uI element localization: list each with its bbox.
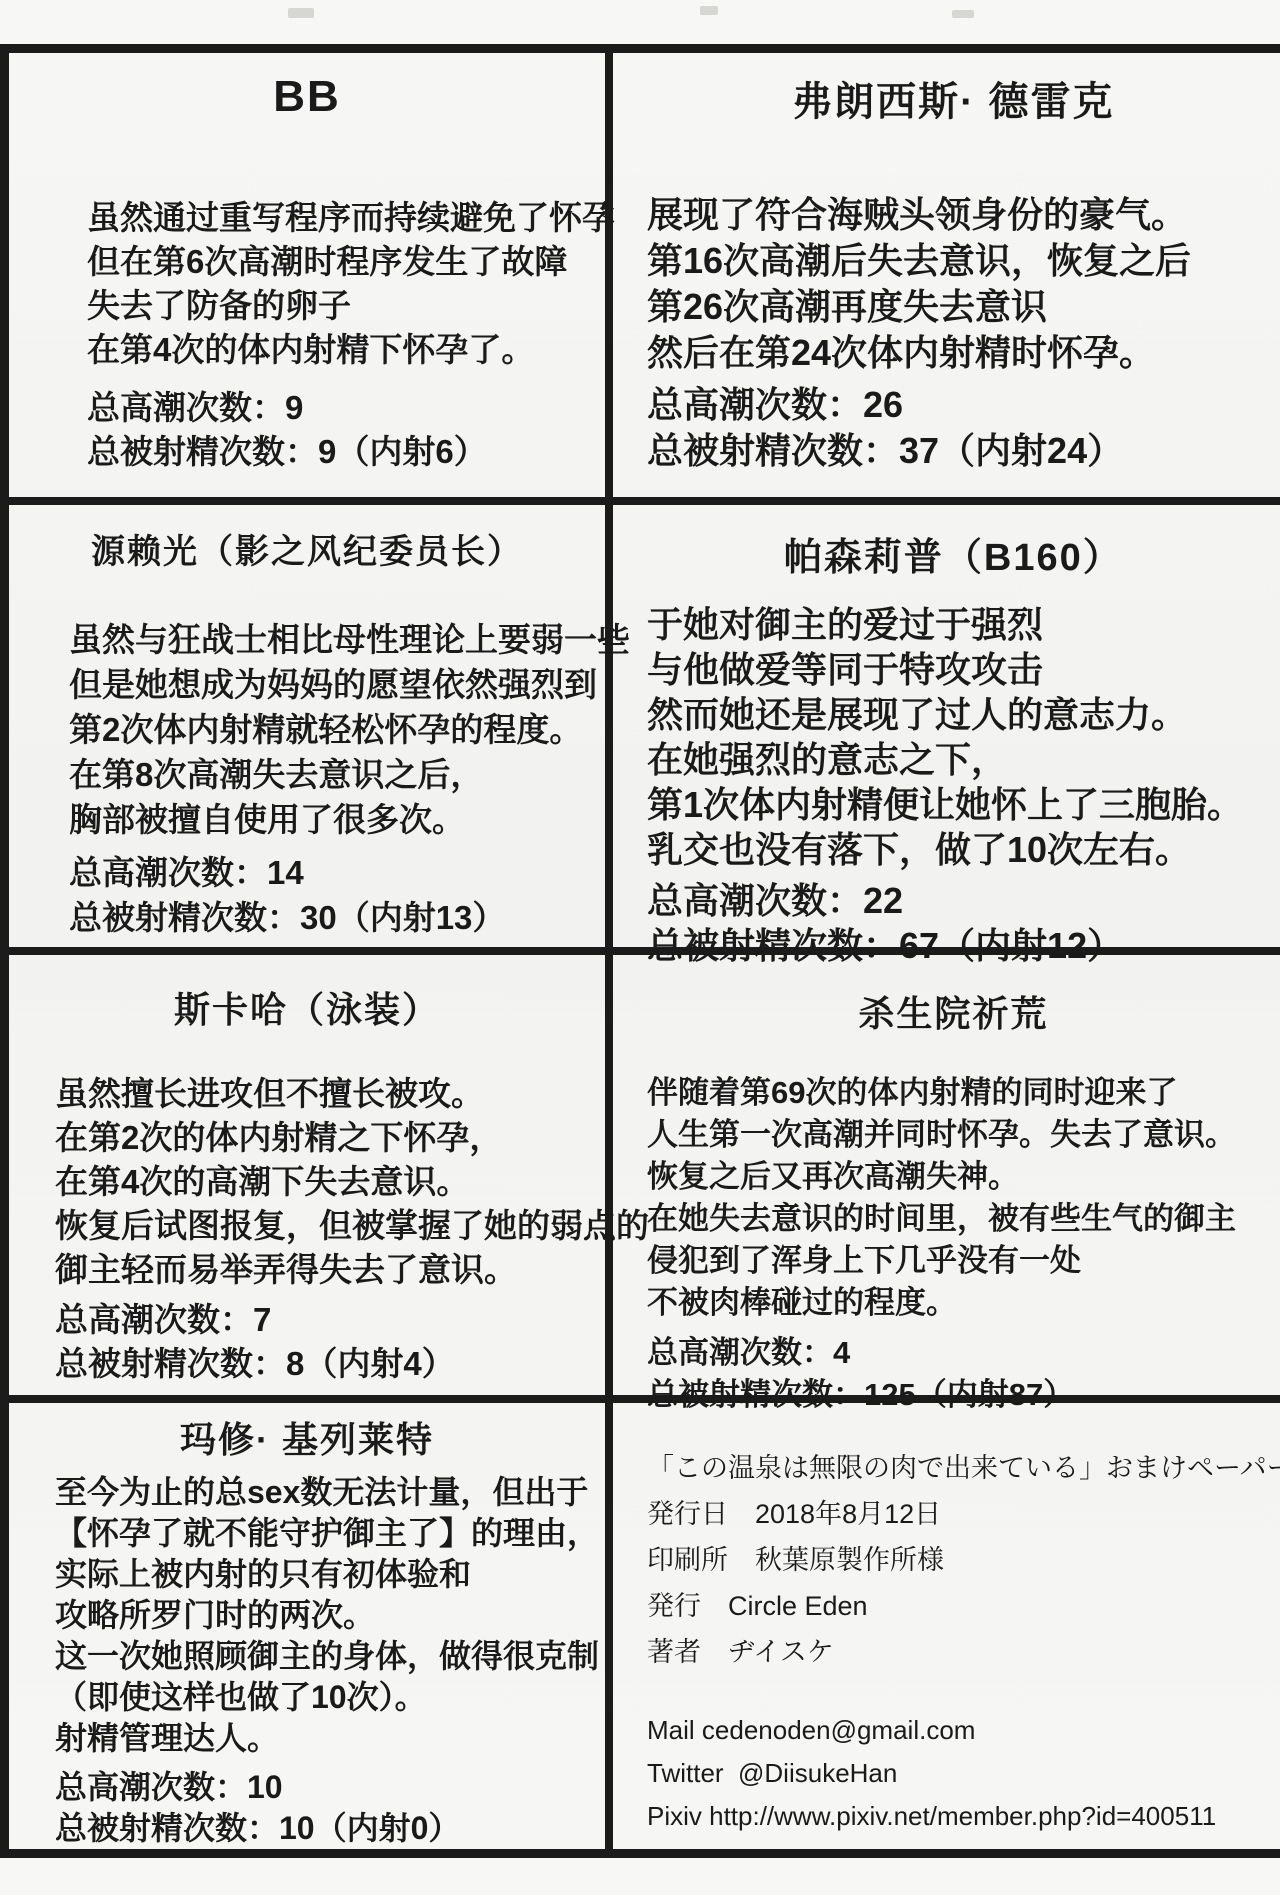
character-stats: 总高潮次数：10 总被射精次数：10（内射0） bbox=[9, 1767, 605, 1849]
character-description: 展现了符合海贼头领身份的豪气。 第16次高潮后失去意识，恢复之后 第26次高潮再… bbox=[613, 192, 1280, 376]
character-stats: 总高潮次数：7 总被射精次数：8（内射4） bbox=[9, 1298, 605, 1386]
character-stats: 总高潮次数：22 总被射精次数：67（内射12） bbox=[613, 878, 1280, 968]
character-name: 源赖光（影之风纪委员长） bbox=[9, 505, 605, 574]
cell-mash-kyrielight: 玛修· 基列莱特 至今为止的总sex数无法计量，但出于 【怀孕了就不能守护御主了… bbox=[9, 1403, 613, 1849]
character-stats: 总高潮次数：14 总被射精次数：30（内射13） bbox=[9, 850, 605, 940]
character-name: 杀生院祈荒 bbox=[613, 955, 1280, 1036]
character-name: 斯卡哈（泳装） bbox=[9, 955, 605, 1032]
character-description: 于她对御主的爱过于强烈 与他做爱等同于特攻攻击 然而她还是展现了过人的意志力。 … bbox=[613, 602, 1280, 872]
character-name: 玛修· 基列莱特 bbox=[9, 1403, 605, 1462]
character-stats: 总高潮次数：9 总被射精次数：9（内射6） bbox=[9, 386, 605, 474]
character-description: 虽然与狂战士相比母性理论上要弱一些 但是她想成为妈妈的愿望依然强烈到 第2次体内… bbox=[9, 617, 605, 842]
character-name: 帕森莉普（B160） bbox=[613, 505, 1280, 583]
character-name: 弗朗西斯· 德雷克 bbox=[613, 53, 1280, 127]
character-description: 虽然通过重写程序而持续避免了怀孕 但在第6次高潮时程序发生了故障 失去了防备的卵… bbox=[9, 196, 605, 372]
cell-francis-drake: 弗朗西斯· 德雷克 展现了符合海贼头领身份的豪气。 第16次高潮后失去意识，恢复… bbox=[613, 53, 1280, 505]
contact-info: Mail cedenoden@gmail.com Twitter @Diisuk… bbox=[647, 1709, 1280, 1838]
cell-bb: BB 虽然通过重写程序而持续避免了怀孕 但在第6次高潮时程序发生了故障 失去了防… bbox=[9, 53, 613, 505]
cell-passionlip: 帕森莉普（B160） 于她对御主的爱过于强烈 与他做爱等同于特攻攻击 然而她还是… bbox=[613, 505, 1280, 955]
cell-scathach-swimsuit: 斯卡哈（泳装） 虽然擅长进攻但不擅长被攻。 在第2次的体内射精之下怀孕， 在第4… bbox=[9, 955, 613, 1403]
scan-artifact-mark bbox=[288, 8, 314, 18]
character-stat-grid: BB 虽然通过重写程序而持续避免了怀孕 但在第6次高潮时程序发生了故障 失去了防… bbox=[0, 44, 1280, 1858]
cell-minamoto-raikou: 源赖光（影之风纪委员长） 虽然与狂战士相比母性理论上要弱一些 但是她想成为妈妈的… bbox=[9, 505, 613, 955]
scan-artifact-mark bbox=[952, 10, 974, 18]
character-stats: 总高潮次数：26 总被射精次数：37（内射24） bbox=[613, 382, 1280, 474]
character-name: BB bbox=[9, 53, 605, 124]
scan-artifact-mark bbox=[700, 6, 718, 15]
publication-info: 「この温泉は無限の肉で出来ている」おまけペーパー 発行日 2018年8月12日 … bbox=[647, 1445, 1280, 1675]
cell-sessyoin-kiara: 杀生院祈荒 伴随着第69次的体内射精的同时迎来了 人生第一次高潮并同时怀孕。失去… bbox=[613, 955, 1280, 1403]
cell-colophon: 「この温泉は無限の肉で出来ている」おまけペーパー 発行日 2018年8月12日 … bbox=[613, 1403, 1280, 1849]
character-description: 伴随着第69次的体内射精的同时迎来了 人生第一次高潮并同时怀孕。失去了意识。 恢… bbox=[613, 1072, 1280, 1324]
character-description: 至今为止的总sex数无法计量，但出于 【怀孕了就不能守护御主了】的理由， 实际上… bbox=[9, 1472, 605, 1759]
character-description: 虽然擅长进攻但不擅长被攻。 在第2次的体内射精之下怀孕， 在第4次的高潮下失去意… bbox=[9, 1072, 605, 1292]
